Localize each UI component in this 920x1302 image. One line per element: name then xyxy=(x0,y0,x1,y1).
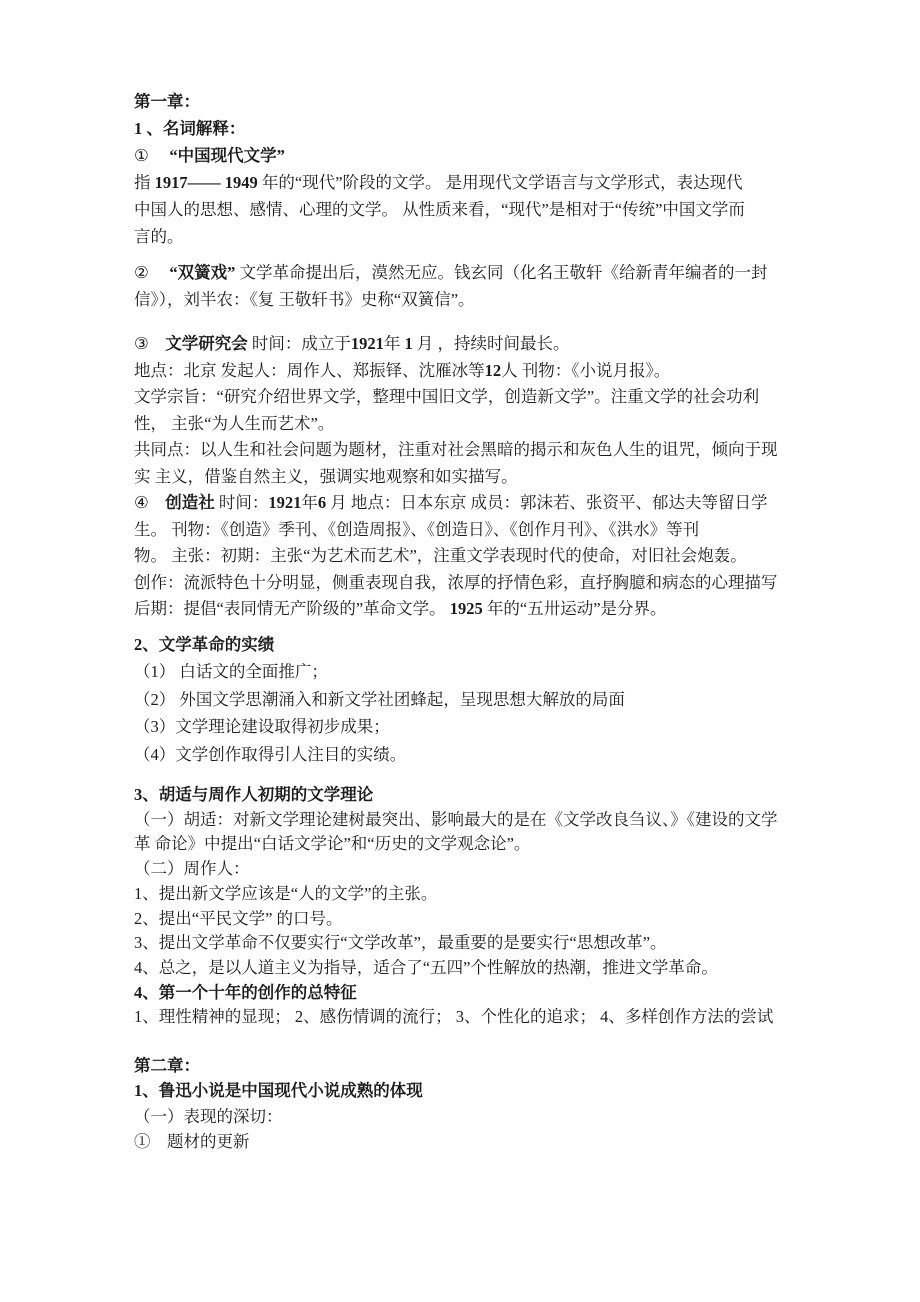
text-line: 文学宗旨：“研究介绍世界文学，整理中国旧文学，创造新文学”。注重文学的社会功利 xyxy=(134,384,834,411)
text-line: 1、理性精神的显现； 2、感伤情调的流行； 3、个性化的追求； 4、多样创作方法… xyxy=(134,1005,834,1030)
text-line: 1、提出新文学应该是“人的文学”的主张。 xyxy=(134,882,834,907)
text-run: 3、胡适与周作人初期的文学理论 xyxy=(134,785,373,804)
text-run: 1、鲁迅小说是中国现代小说成熟的体现 xyxy=(134,1081,423,1100)
text-run: 物。 主张：初期：主张“为艺术而艺术”，注重文学表现时代的使命，对旧社会炮轰。 xyxy=(134,546,747,565)
text-run: 1、提出新文学应该是“人的文学”的主张。 xyxy=(134,884,437,903)
text-run: 1921 xyxy=(268,493,301,512)
text-line: 生。 刊物：《创造》季刊、《创造周报》、《创造日》、《创作月刊》、《洪水》等刊 xyxy=(134,517,834,544)
document-section-term-shuanghuangxi: ② “双簧戏” 文学革命提出后，漠然无应。钱玄同（化名王敬轩《给新青年编者的一封… xyxy=(134,259,834,313)
document-body: 第一章：1 、名词解释：① “中国现代文学”指 1917—— 1949 年的“现… xyxy=(134,88,834,1154)
text-run: “中国现代文学” xyxy=(169,146,285,165)
document-section-chapter-2-luxun: 第二章：1、鲁迅小说是中国现代小说成熟的体现（一）表现的深切：① 题材的更新 xyxy=(134,1053,834,1154)
text-line: （一）表现的深切： xyxy=(134,1104,834,1129)
text-line: 2、提出“平民文学” 的口号。 xyxy=(134,907,834,932)
text-line: ① 题材的更新 xyxy=(134,1129,834,1154)
text-run: 年 xyxy=(384,334,405,353)
text-run: 年的“现代”阶段的文学。 是用现代文学语言与文学形式，表达现代 xyxy=(258,173,743,192)
text-run: 时间：成立于 xyxy=(248,334,351,353)
text-run: 年 xyxy=(301,493,318,512)
text-line: 4、第一个十年的创作的总特征 xyxy=(134,981,834,1006)
text-run: 12 xyxy=(485,361,502,380)
text-run: 言的。 xyxy=(134,227,184,246)
text-run: 月 ，持续时间最长。 xyxy=(413,334,570,353)
text-run: （二）周作人： xyxy=(134,859,250,878)
text-run: （1） 白话文的全面推广； xyxy=(134,662,328,681)
text-line: 1、鲁迅小说是中国现代小说成熟的体现 xyxy=(134,1078,834,1103)
text-run: “双簧戏” xyxy=(169,263,235,282)
text-line: 3、胡适与周作人初期的文学理论 xyxy=(134,783,834,808)
text-run: 4、第一个十年的创作的总特征 xyxy=(134,983,357,1002)
text-run: 共同点：以人生和社会问题为题材，注重对社会黑暗的揭示和灰色人生的诅咒，倾向于现 xyxy=(134,440,778,459)
text-run: 文学革命提出后，漠然无应。钱玄同（化名王敬轩《给新青年编者的一封 xyxy=(235,263,767,282)
text-run: 文学研究会 xyxy=(165,334,248,353)
text-line: ① “中国现代文学” xyxy=(134,142,834,169)
text-line: （4）文学创作取得引人注目的实绩。 xyxy=(134,741,834,769)
text-line: 1 、名词解释： xyxy=(134,115,834,142)
text-line: 性， 主张“为人生而艺术”。 xyxy=(134,411,834,438)
text-line: 后期：提倡“表同情无产阶级的”革命文学。 1925 年的“五卅运动”是分界。 xyxy=(134,596,834,623)
text-run: 2、提出“平民文学” 的口号。 xyxy=(134,909,343,928)
text-run: 1925 xyxy=(450,599,483,618)
text-line: 物。 主张：初期：主张“为艺术而艺术”，注重文学表现时代的使命，对旧社会炮轰。 xyxy=(134,543,834,570)
text-line: ④ 创造社 时间：1921年6 月 地点：日本东京 成员：郭沫若、张资平、郁达夫… xyxy=(134,490,834,517)
text-line: （3）文学理论建设取得初步成果； xyxy=(134,713,834,741)
text-line: （1） 白话文的全面推广； xyxy=(134,658,834,686)
text-line: 指 1917—— 1949 年的“现代”阶段的文学。 是用现代文学语言与文学形式… xyxy=(134,169,834,196)
text-run: 4、总之，是以人道主义为指导，适合了“五四”个性解放的热潮，推进文学革命。 xyxy=(134,958,718,977)
text-run: （2） 外国文学思潮涌入和新文学社团蜂起，呈现思想大解放的局面 xyxy=(134,690,625,709)
text-line: 3、提出文学革命不仅要实行“文学改革”，最重要的是要实行“思想改革”。 xyxy=(134,931,834,956)
document-section-section-3-hushi-zhouzuoren: 3、胡适与周作人初期的文学理论（一）胡适：对新文学理论建树最突出、影响最大的是在… xyxy=(134,783,834,1030)
text-run: ② xyxy=(134,263,169,282)
text-run: ① xyxy=(134,146,169,165)
text-line: ③ 文学研究会 时间：成立于1921年 1 月 ，持续时间最长。 xyxy=(134,331,834,358)
text-run: 1 、名词解释： xyxy=(134,119,245,138)
text-run: 实 主义，借鉴自然主义，强调实地观察和如实描写。 xyxy=(134,467,518,486)
text-line: 第二章： xyxy=(134,1053,834,1078)
text-run: 时间： xyxy=(215,493,269,512)
text-run: 生。 刊物：《创造》季刊、《创造周报》、《创造日》、《创作月刊》、《洪水》等刊 xyxy=(134,520,699,539)
text-run: 1921 xyxy=(351,334,384,353)
text-run: （3）文学理论建设取得初步成果； xyxy=(134,717,390,736)
text-line: 中国人的思想、感情、心理的文学。 从性质来看，“现代”是相对于“传统”中国文学而 xyxy=(134,196,834,223)
text-run: 性， 主张“为人生而艺术”。 xyxy=(134,414,334,433)
text-line: 2、文学革命的实绩 xyxy=(134,631,834,659)
text-run: （一）胡适：对新文学理论建树最突出、影响最大的是在《文学改良刍议、》《建设的文学 xyxy=(134,810,778,829)
text-run: 信》），刘半农：《复 王敬轩书》史称“双簧信”。 xyxy=(134,290,475,309)
text-run: 指 xyxy=(134,173,155,192)
document-page: 第一章：1 、名词解释：① “中国现代文学”指 1917—— 1949 年的“现… xyxy=(0,0,920,1302)
text-run: 年的“五卅运动”是分界。 xyxy=(483,599,667,618)
text-line: 实 主义，借鉴自然主义，强调实地观察和如实描写。 xyxy=(134,464,834,491)
text-run: 1917—— 1949 xyxy=(155,173,258,192)
text-line: 共同点：以人生和社会问题为题材，注重对社会黑暗的揭示和灰色人生的诅咒，倾向于现 xyxy=(134,437,834,464)
text-run: 创作：流派特色十分明显，侧重表现自我，浓厚的抒情色彩，直抒胸臆和病态的心理描写 xyxy=(134,573,778,592)
text-run: 2、文学革命的实绩 xyxy=(134,635,274,654)
text-run: ③ xyxy=(134,334,165,353)
text-run: 第一章： xyxy=(134,92,200,111)
document-section-section-2-achievements: 2、文学革命的实绩（1） 白话文的全面推广；（2） 外国文学思潮涌入和新文学社团… xyxy=(134,631,834,769)
text-run: 文学宗旨：“研究介绍世界文学，整理中国旧文学，创造新文学”。注重文学的社会功利 xyxy=(134,387,759,406)
text-run: 第二章： xyxy=(134,1056,200,1075)
text-line: 地点：北京 发起人：周作人、郑振铎、沈雁冰等12人 刊物：《小说月报》。 xyxy=(134,358,834,385)
text-line: 革 命论》中提出“白话文学论”和“历史的文学观念论”。 xyxy=(134,832,834,857)
text-line: 第一章： xyxy=(134,88,834,115)
text-run: （4）文学创作取得引人注目的实绩。 xyxy=(134,745,406,764)
text-run: 月 地点：日本东京 成员：郭沫若、张资平、郁达夫等留日学 xyxy=(326,493,767,512)
text-run: ④ xyxy=(134,493,165,512)
text-run: 革 命论》中提出“白话文学论”和“历史的文学观念论”。 xyxy=(134,834,530,853)
text-run: 1、理性精神的显现； 2、感伤情调的流行； 3、个性化的追求； 4、多样创作方法… xyxy=(134,1007,773,1026)
text-line: ② “双簧戏” 文学革命提出后，漠然无应。钱玄同（化名王敬轩《给新青年编者的一封 xyxy=(134,259,834,286)
text-line: 创作：流派特色十分明显，侧重表现自我，浓厚的抒情色彩，直抒胸臆和病态的心理描写 xyxy=(134,570,834,597)
text-line: （2） 外国文学思潮涌入和新文学社团蜂起，呈现思想大解放的局面 xyxy=(134,686,834,714)
text-line: 言的。 xyxy=(134,223,834,250)
text-run: 创造社 xyxy=(165,493,215,512)
text-run: 1 xyxy=(405,334,413,353)
document-section-term-wenxueyanjiuhui-chuangzaoshe: ③ 文学研究会 时间：成立于1921年 1 月 ，持续时间最长。地点：北京 发起… xyxy=(134,331,834,623)
text-line: （一）胡适：对新文学理论建树最突出、影响最大的是在《文学改良刍议、》《建设的文学 xyxy=(134,808,834,833)
text-run: 后期：提倡“表同情无产阶级的”革命文学。 xyxy=(134,599,450,618)
text-run: ① 题材的更新 xyxy=(134,1132,250,1151)
text-run: 3、提出文学革命不仅要实行“文学改革”，最重要的是要实行“思想改革”。 xyxy=(134,933,667,952)
text-run: 6 xyxy=(318,493,326,512)
text-line: 信》），刘半农：《复 王敬轩书》史称“双簧信”。 xyxy=(134,286,834,313)
text-run: （一）表现的深切： xyxy=(134,1107,283,1126)
text-run: 地点：北京 发起人：周作人、郑振铎、沈雁冰等 xyxy=(134,361,485,380)
document-section-chapter-1-definitions: 第一章：1 、名词解释：① “中国现代文学”指 1917—— 1949 年的“现… xyxy=(134,88,834,250)
text-run: 人 刊物：《小说月报》。 xyxy=(501,361,670,380)
text-line: 4、总之，是以人道主义为指导，适合了“五四”个性解放的热潮，推进文学革命。 xyxy=(134,956,834,981)
text-run: 中国人的思想、感情、心理的文学。 从性质来看，“现代”是相对于“传统”中国文学而 xyxy=(134,200,745,219)
text-line: （二）周作人： xyxy=(134,857,834,882)
